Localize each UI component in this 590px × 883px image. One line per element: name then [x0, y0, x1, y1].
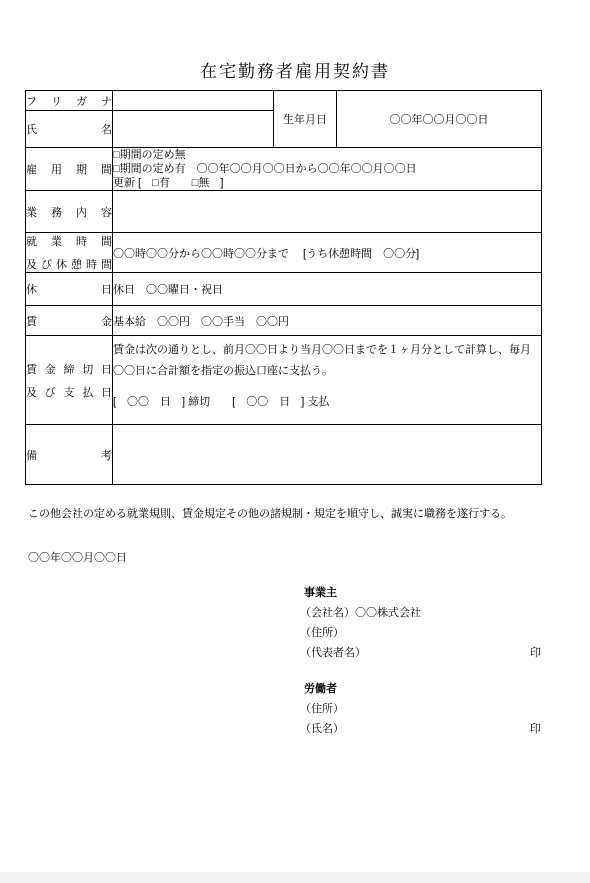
wage-cutoff-row: 賃金締切日 及び支払日 賃金は次の通りとし、前月〇〇日より当月〇〇日までを１ヶ月… [26, 336, 542, 425]
holidays-label: 休日 [26, 281, 112, 297]
job-description-label: 業務内容 [26, 204, 112, 220]
remarks-row: 備考 [26, 425, 542, 485]
wages-row: 賃金 基本給 〇〇円 〇〇手当 〇〇円 [26, 306, 542, 336]
employer-seal: 印 [530, 643, 541, 663]
employment-period-row: 雇用期間 □期間の定め無 □期間の定め有 〇〇年〇〇月〇〇日から〇〇年〇〇月〇〇… [26, 148, 542, 191]
holidays-value: 休日 〇〇曜日・祝日 [113, 281, 541, 297]
worker-seal: 印 [530, 719, 541, 739]
worker-address: （住所） [300, 699, 344, 719]
compliance-note: この他会社の定める就業規則、賃金規定その他の諸規制・規定を順守し、誠実に職務を遂… [28, 507, 568, 522]
employment-period-option-fixed-term: □期間の定め有 〇〇年〇〇月〇〇日から〇〇年〇〇月〇〇日 [113, 162, 541, 176]
working-hours-row: 就業時間 及び休憩時間 〇〇時〇〇分から〇〇時〇〇分まで [うち休憩時間 〇〇分… [26, 233, 542, 273]
employment-period-renewal-line: 更新 [ □有 □無 ] [113, 176, 541, 190]
employer-company: （会社名）〇〇株式会社 [300, 603, 421, 623]
wages-value: 基本給 〇〇円 〇〇手当 〇〇円 [113, 313, 541, 329]
worker-name: （氏名） [300, 719, 344, 739]
wage-cutoff-label: 賃金締切日 及び支払日 [26, 361, 112, 400]
name-label: 氏名 [26, 121, 112, 137]
employment-period-option-no-term: □期間の定め無 [113, 148, 541, 162]
birth-value: 〇〇年〇〇月〇〇日 [337, 111, 541, 127]
furigana-label: フリガナ [26, 93, 112, 109]
employment-period-label: 雇用期間 [26, 161, 112, 177]
remarks-label: 備考 [26, 447, 112, 463]
wage-cutoff-line: [ 〇〇 日 ] 締切 [ 〇〇 日 ] 支払 [113, 395, 541, 409]
furigana-row: フリガナ 生年月日 〇〇年〇〇月〇〇日 [26, 91, 542, 111]
employer-heading: 事業主 [300, 583, 337, 603]
contract-table: フリガナ 生年月日 〇〇年〇〇月〇〇日 氏名 雇用期間 □期間の定め無 □期間の… [25, 90, 542, 485]
job-description-row: 業務内容 [26, 191, 542, 233]
employer-address: （住所） [300, 623, 344, 643]
job-description-input-cell [113, 191, 542, 233]
working-hours-value: 〇〇時〇〇分から〇〇時〇〇分まで [うち休憩時間 〇〇分] [113, 245, 541, 261]
birth-label: 生年月日 [274, 111, 336, 127]
working-hours-label: 就業時間 及び休憩時間 [26, 233, 112, 272]
page-bottom-edge [0, 872, 590, 883]
worker-section: 労働者 （住所） （氏名） 印 [300, 679, 541, 739]
name-input-cell [113, 111, 274, 148]
furigana-input-cell [113, 91, 274, 111]
employer-representative: （代表者名） [300, 643, 366, 663]
page-title: 在宅勤務者雇用契約書 [0, 57, 590, 82]
employer-section: 事業主 （会社名）〇〇株式会社 （住所） （代表者名） 印 [300, 583, 541, 663]
wage-cutoff-paragraph: 賃金は次の通りとし、前月〇〇日より当月〇〇日までを１ヶ月分として計算し、毎月〇〇… [113, 340, 541, 382]
contract-date: 〇〇年〇〇月〇〇日 [28, 549, 127, 565]
holidays-row: 休日 休日 〇〇曜日・祝日 [26, 273, 542, 306]
remarks-input-cell [113, 425, 542, 485]
worker-heading: 労働者 [300, 679, 337, 699]
wages-label: 賃金 [26, 313, 112, 329]
